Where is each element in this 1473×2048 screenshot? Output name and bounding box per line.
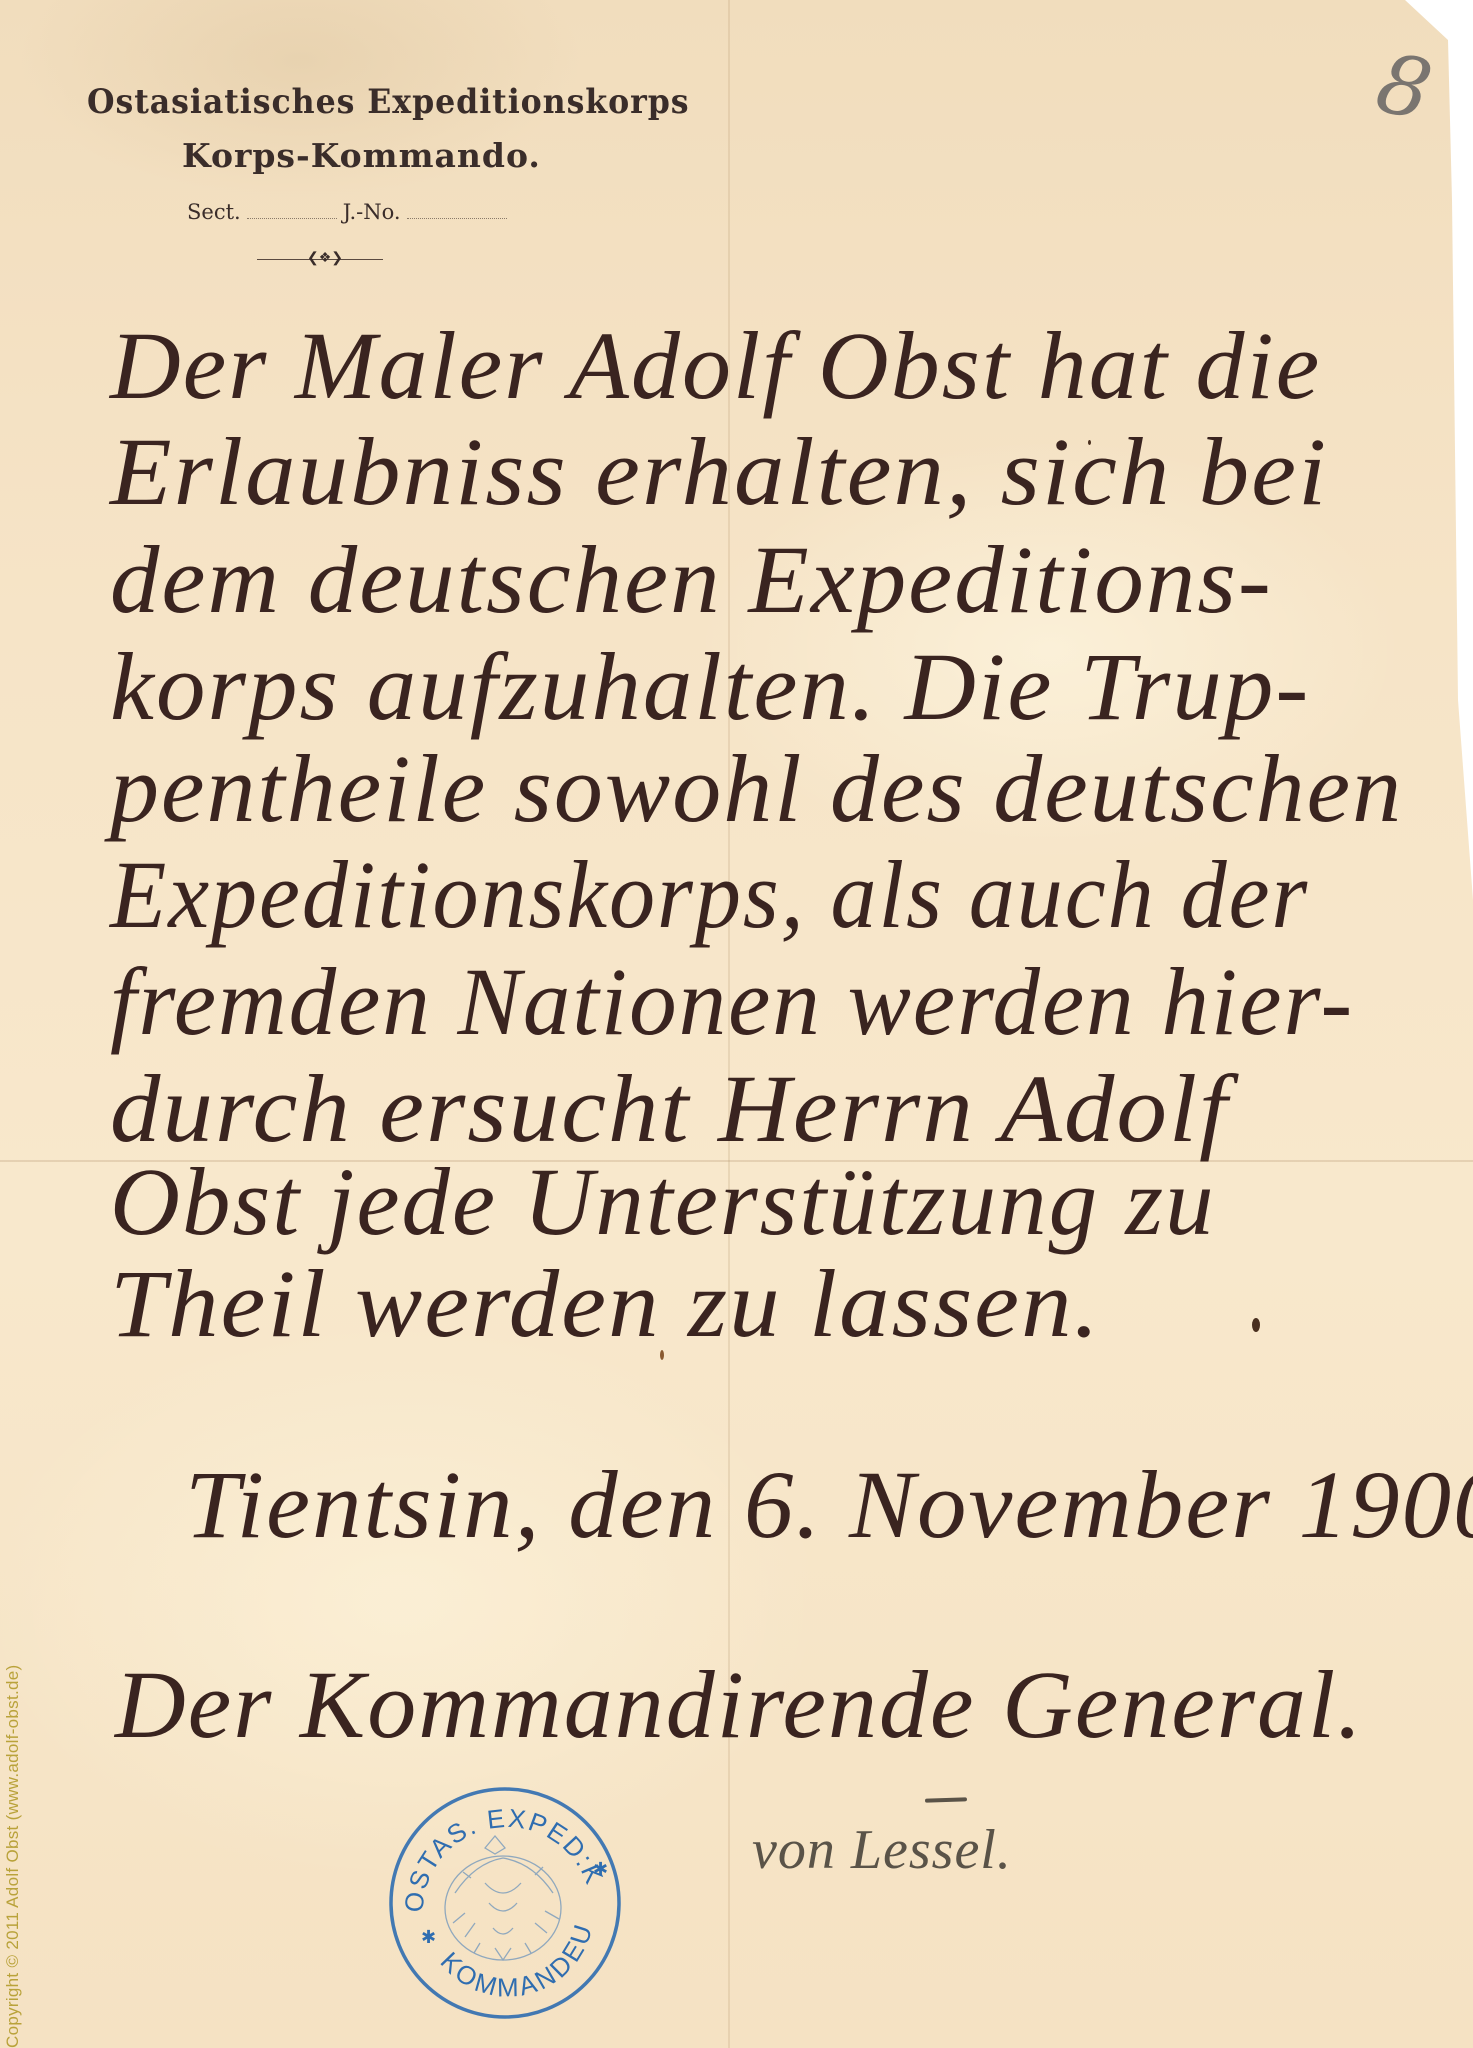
ink-blot xyxy=(1252,1318,1260,1332)
ornament-flourish-icon: ❮❖❯ xyxy=(307,250,343,266)
body-line-5: pentheile sowohl des deutschen xyxy=(110,741,1403,837)
paper-stain xyxy=(660,1350,664,1360)
journal-no-blank xyxy=(407,204,507,219)
place-date: Tientsin, den 6. November 1900. xyxy=(185,1457,1473,1553)
svg-text:✱: ✱ xyxy=(593,1859,608,1880)
body-line-3: dem deutschen Expeditions- xyxy=(110,532,1273,628)
stamp-top-text: OSTAS. EXPED:KORPS xyxy=(385,1783,610,1914)
letterhead-subtitle: Korps-Kommando. xyxy=(182,136,462,175)
official-stamp: OSTAS. EXPED:KORPS KOMMANDEUR ✱ ✱ xyxy=(385,1783,625,2023)
svg-text:OSTAS. EXPED:KORPS: OSTAS. EXPED:KORPS xyxy=(385,1783,610,1914)
body-line-9: Obst jede Unterstützung zu xyxy=(110,1154,1216,1250)
section-blank xyxy=(247,204,337,219)
svg-text:✱: ✱ xyxy=(421,1927,436,1948)
body-line-1: Der Maler Adolf Obst hat die xyxy=(110,318,1321,414)
section-label: Sect. xyxy=(187,200,241,224)
journal-no-label: J.-No. xyxy=(343,200,401,224)
copyright-watermark: Copyright © 2011 Adolf Obst (www.adolf-o… xyxy=(3,1665,23,2048)
stamp-seal-icon: OSTAS. EXPED:KORPS KOMMANDEUR ✱ ✱ xyxy=(385,1783,625,2023)
signatory-title: Der Kommandirende General. xyxy=(115,1657,1364,1753)
ornament-divider: ❮❖❯ xyxy=(257,256,383,264)
body-line-6: Expeditionskorps, als auch der xyxy=(110,847,1309,943)
paper-speck xyxy=(1088,440,1091,445)
handwritten-signature: von Lessel. xyxy=(752,1818,1012,1882)
reference-row: Sect.J.-No. xyxy=(187,200,513,224)
body-line-7: fremden Nationen werden hier- xyxy=(110,954,1354,1050)
body-line-2: Erlaubniss erhalten, sich bei xyxy=(110,424,1328,520)
body-line-8: durch ersucht Herrn Adolf xyxy=(110,1061,1229,1157)
body-line-4: korps aufzuhalten. Die Trup- xyxy=(110,639,1310,735)
body-line-10: Theil werden zu lassen. xyxy=(110,1256,1101,1352)
letterhead-title: Ostasiatisches Expeditionskorps xyxy=(87,82,524,122)
